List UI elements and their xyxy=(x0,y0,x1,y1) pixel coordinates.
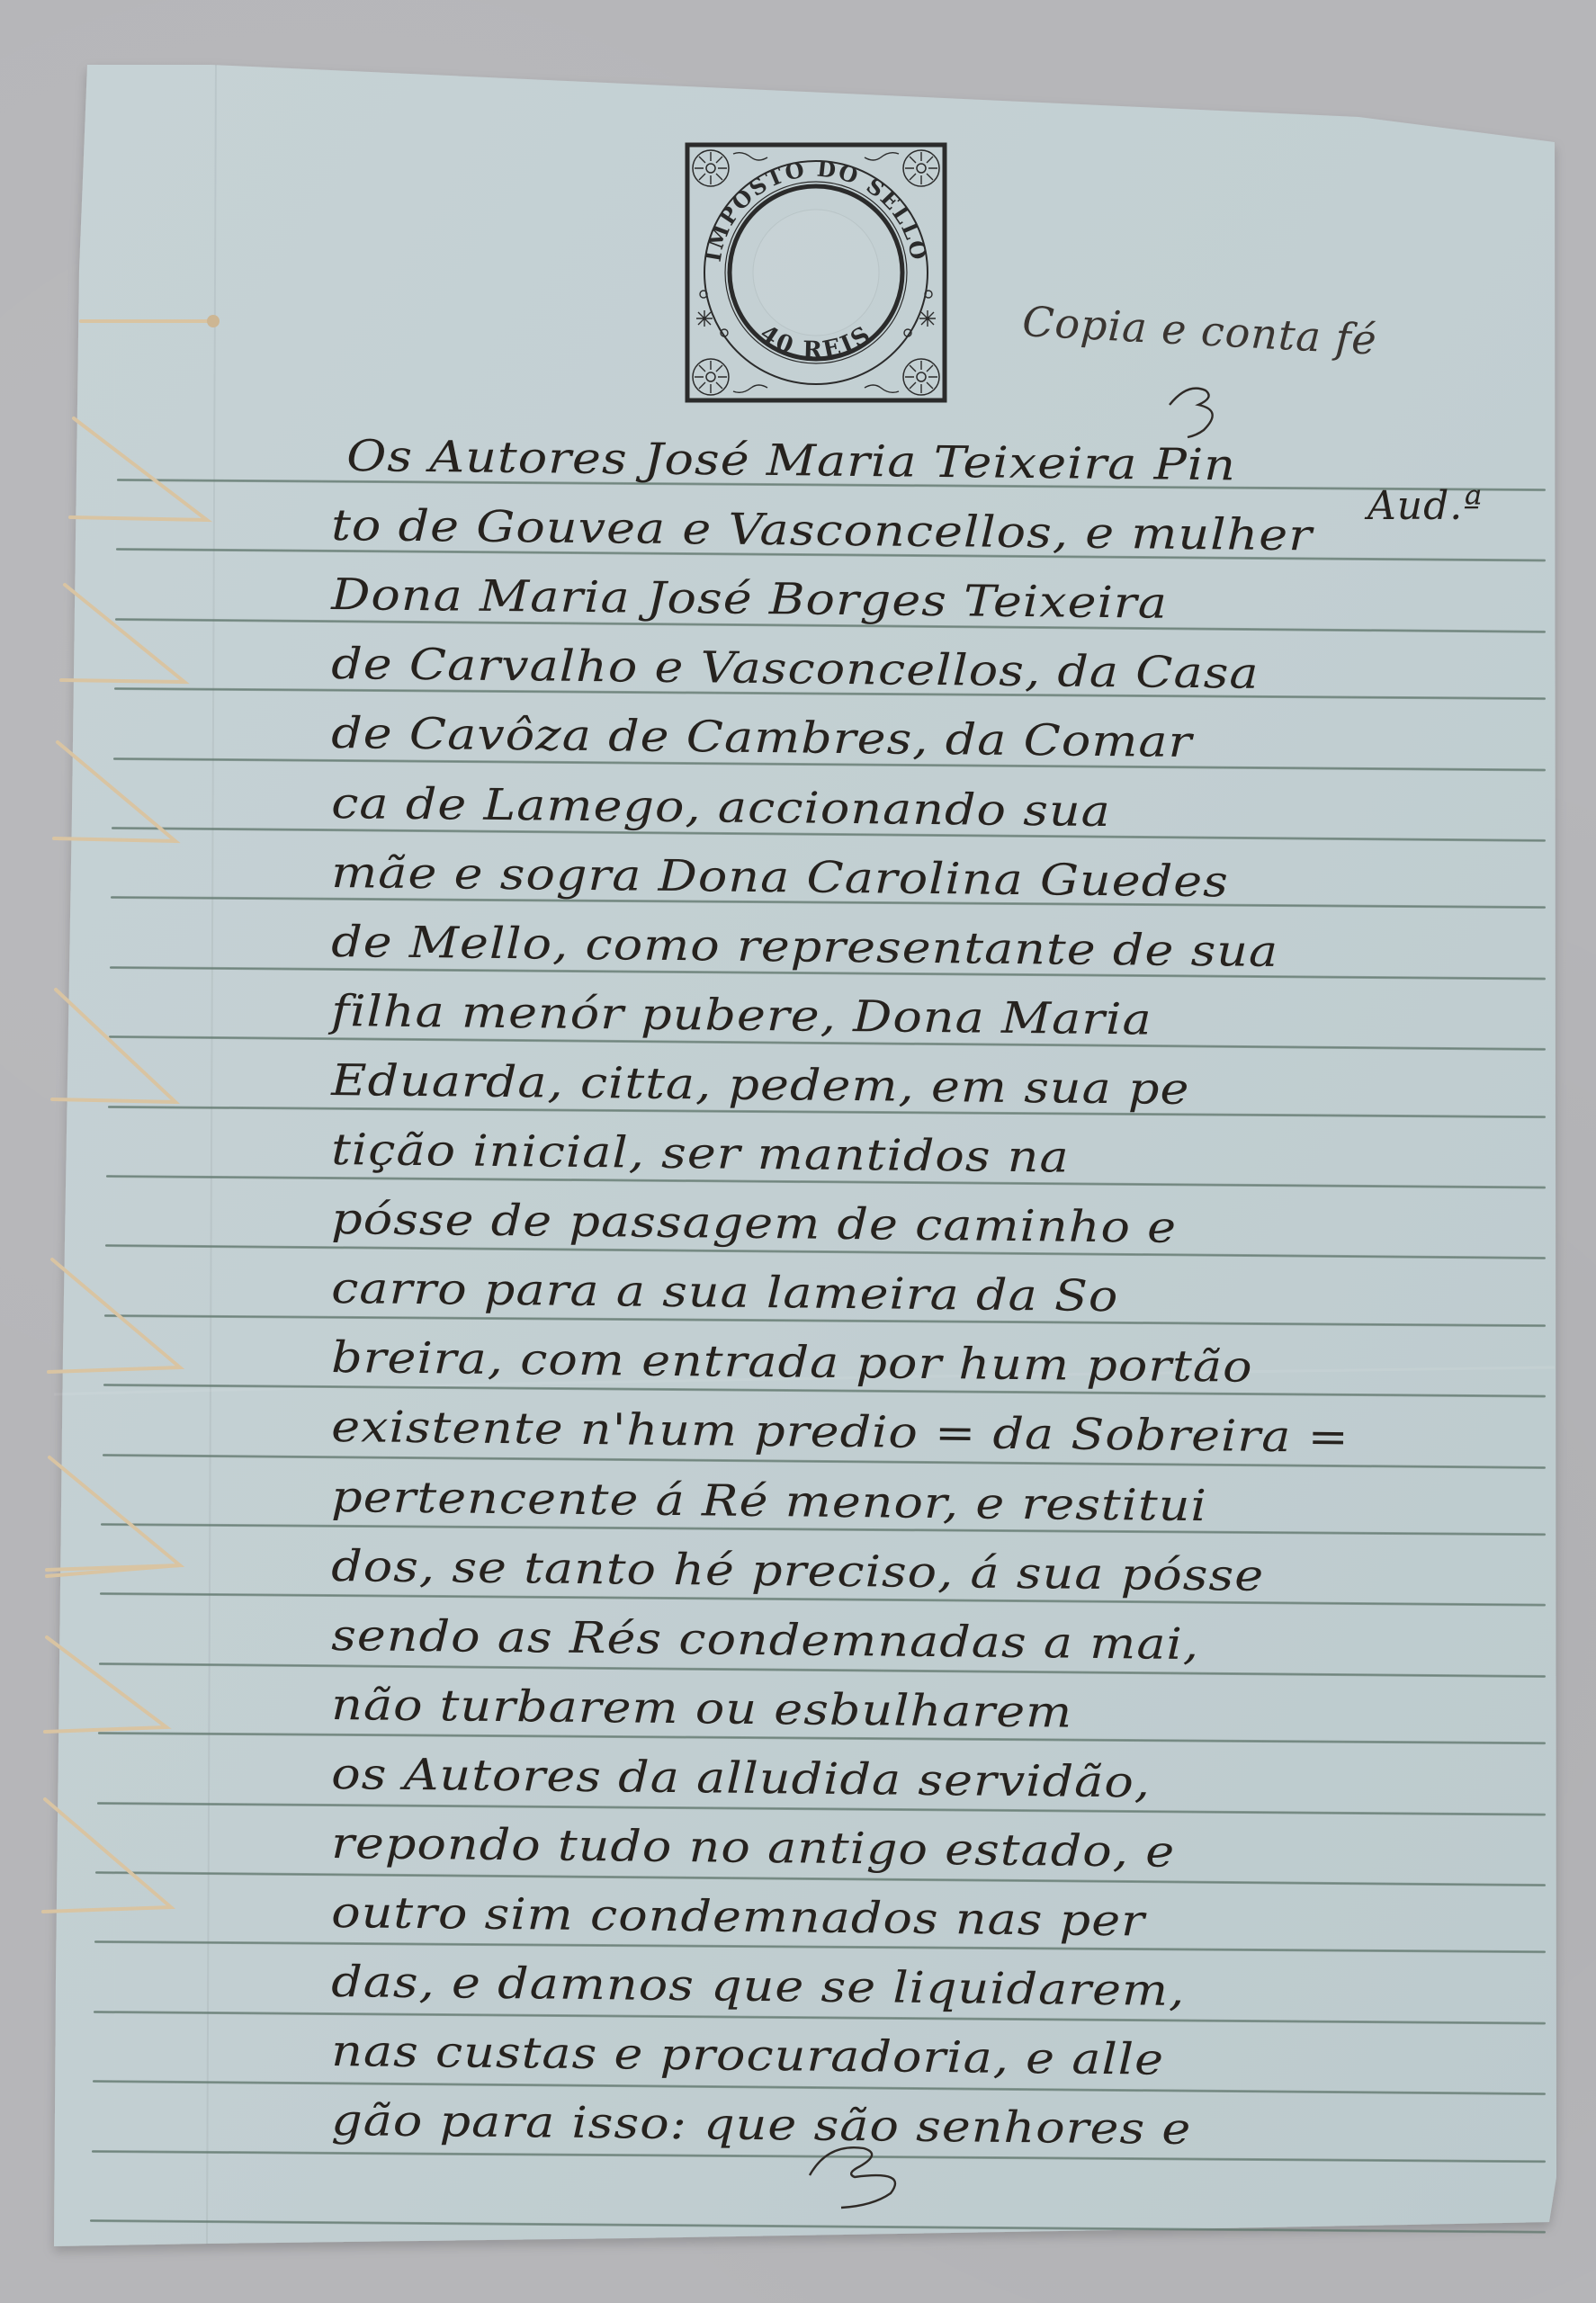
body-line: Eduarda, citta, pedem, em sua pe xyxy=(331,1059,1190,1111)
header-flourish-icon xyxy=(1161,378,1233,441)
body-line: de Mello, como representante de sua xyxy=(331,920,1279,973)
body-line: gão para isso: que são senhores e xyxy=(331,2099,1192,2151)
body-line: carro para a sua lameira da So xyxy=(331,1267,1119,1318)
body-line: tição inicial, ser mantidos na xyxy=(331,1128,1070,1179)
body-line: pertencente á Ré menor, e restitui xyxy=(331,1475,1207,1528)
body-line: nas custas e procuradoria, e alle xyxy=(331,2030,1164,2082)
body-line: pósse de passagem de caminho e xyxy=(331,1197,1177,1250)
margin-annotation: Aud.ª xyxy=(1367,483,1483,529)
body-line: filha menór pubere, Dona Maria xyxy=(331,990,1152,1042)
document-sheet: IMPOSTO DO SELLO 40 REIS xyxy=(0,0,1596,2303)
body-line: dos, se tanto hé preciso, á sua pósse xyxy=(331,1545,1264,1598)
body-line: existente n'hum predio = da Sobreira = xyxy=(331,1405,1349,1459)
body-line: outro sim condemnados nas per xyxy=(331,1891,1145,1942)
body-line: das, e damnos que se liquidarem, xyxy=(331,1960,1186,2012)
body-line: de Carvalho e Vasconcellos, da Casa xyxy=(331,642,1260,695)
tax-stamp: IMPOSTO DO SELLO 40 REIS xyxy=(684,141,948,404)
body-line: to de Gouvea e Vasconcellos, e mulher xyxy=(331,504,1313,557)
body-line: os Autores da alludida servidão, xyxy=(331,1752,1151,1805)
body-line: mãe e sogra Dona Carolina Guedes xyxy=(331,851,1229,903)
body-line: sendo as Rés condemnadas a mai, xyxy=(331,1614,1199,1666)
body-line: ca de Lamego, accionando sua xyxy=(331,782,1111,833)
body-line: de Cavôza de Cambres, da Comar xyxy=(331,712,1193,764)
body-line: Dona Maria José Borges Teixeira xyxy=(331,573,1168,625)
body-line: Os Autores José Maria Teixeira Pin xyxy=(346,435,1236,487)
closing-flourish-icon xyxy=(792,2139,927,2211)
body-line: repondo tudo no antigo estado, e xyxy=(331,1822,1175,1874)
body-line: não turbarem ou esbulharem xyxy=(331,1683,1073,1734)
body-line: breira, com entrada por hum portão xyxy=(331,1336,1253,1389)
